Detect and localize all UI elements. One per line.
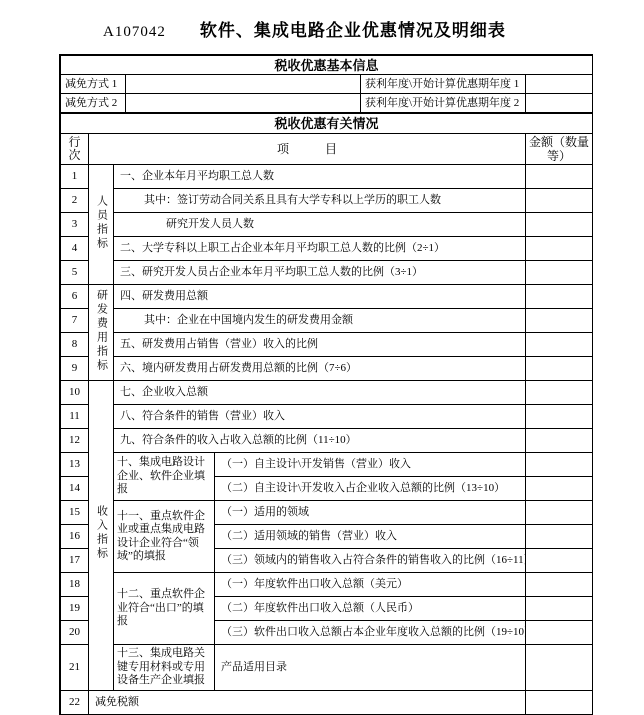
row-number: 7 xyxy=(61,309,89,333)
amount-cell[interactable] xyxy=(526,453,593,477)
item-cell: 产品适用目录 xyxy=(215,645,526,691)
row-number: 15 xyxy=(61,501,89,525)
subgroup-label-key-field: 十一、重点软件企业或重点集成电路设计企业符合“领域”的填报 xyxy=(114,501,215,573)
row-number: 9 xyxy=(61,357,89,381)
table-row: 4 二、大学专科以上职工占企业本年月平均职工总人数的比例（2÷1） xyxy=(61,237,593,261)
profit-year-1-label: 获利年度\开始计算优惠期年度 1 xyxy=(361,75,526,94)
table-row: 7 其中：企业在中国境内发生的研发费用金额 xyxy=(61,309,593,333)
item-cell: 其中：企业在中国境内发生的研发费用金额 xyxy=(114,309,526,333)
group-label-personnel: 人员指标 xyxy=(89,165,114,285)
amount-cell[interactable] xyxy=(526,621,593,645)
table-row: 11 八、符合条件的销售（营业）收入 xyxy=(61,405,593,429)
item-cell: （一）年度软件出口收入总额（美元） xyxy=(215,573,526,597)
amount-cell[interactable] xyxy=(526,549,593,573)
reduction-method-2-label: 减免方式 2 xyxy=(61,94,126,113)
column-header-item: 项 目 xyxy=(89,134,526,165)
row-number: 10 xyxy=(61,381,89,405)
row-number: 22 xyxy=(61,690,89,714)
item-cell: （三）软件出口收入总额占本企业年度收入总额的比例（19÷10） xyxy=(215,621,526,645)
column-header-line-no: 行次 xyxy=(61,134,89,165)
table-row: 6 研发费用指标 四、研发费用总额 xyxy=(61,285,593,309)
item-cell: （二）自主设计\开发收入占企业收入总额的比例（13÷10） xyxy=(215,477,526,501)
row-number: 18 xyxy=(61,573,89,597)
subgroup-label-export: 十二、重点软件企业符合“出口”的填报 xyxy=(114,573,215,645)
item-cell: 六、境内研发费用占研发费用总额的比例（7÷6） xyxy=(114,357,526,381)
profit-year-1-value[interactable] xyxy=(526,75,593,94)
row-number: 20 xyxy=(61,621,89,645)
form-title: 软件、集成电路企业优惠情况及明细表 xyxy=(200,16,506,41)
amount-cell[interactable] xyxy=(526,237,593,261)
form-table-container: 税收优惠基本信息 减免方式 1 获利年度\开始计算优惠期年度 1 减免方式 2 … xyxy=(59,54,593,715)
table-row: 8 五、研发费用占销售（营业）收入的比例 xyxy=(61,333,593,357)
item-cell: （三）领域内的销售收入占符合条件的销售收入的比例（16÷11） xyxy=(215,549,526,573)
row-number: 6 xyxy=(61,285,89,309)
table-row: 15 十一、重点软件企业或重点集成电路设计企业符合“领域”的填报 （一）适用的领… xyxy=(61,501,593,525)
row-number: 13 xyxy=(61,453,89,477)
amount-cell[interactable] xyxy=(526,261,593,285)
item-cell: （二）年度软件出口收入总额（人民币） xyxy=(215,597,526,621)
amount-cell[interactable] xyxy=(526,645,593,691)
profit-year-2-value[interactable] xyxy=(526,94,593,113)
row-number: 21 xyxy=(61,645,89,691)
item-cell: （一）适用的领域 xyxy=(215,501,526,525)
row-number: 14 xyxy=(61,477,89,501)
amount-cell[interactable] xyxy=(526,501,593,525)
section-title-basic-info: 税收优惠基本信息 xyxy=(61,56,593,75)
amount-cell[interactable] xyxy=(526,690,593,714)
item-cell: 减免税额 xyxy=(89,690,526,714)
amount-cell[interactable] xyxy=(526,285,593,309)
item-cell: （一）自主设计\开发销售（营业）收入 xyxy=(215,453,526,477)
table-row: 9 六、境内研发费用占研发费用总额的比例（7÷6） xyxy=(61,357,593,381)
amount-cell[interactable] xyxy=(526,429,593,453)
section-title-details: 税收优惠有关情况 xyxy=(61,114,593,134)
details-table: 税收优惠有关情况 行次 项 目 金额（数量等） 1 人员指标 一、企业本年月平均… xyxy=(60,113,593,715)
table-row: 1 人员指标 一、企业本年月平均职工总人数 xyxy=(61,165,593,189)
table-row: 21 十三、集成电路关键专用材料或专用设备生产企业填报 产品适用目录 xyxy=(61,645,593,691)
row-number: 2 xyxy=(61,189,89,213)
amount-cell[interactable] xyxy=(526,381,593,405)
form-code: A107042 xyxy=(103,24,166,41)
table-row: 3 研究开发人员人数 xyxy=(61,213,593,237)
row-number: 3 xyxy=(61,213,89,237)
amount-cell[interactable] xyxy=(526,309,593,333)
item-cell: 其中：签订劳动合同关系且具有大学专科以上学历的职工人数 xyxy=(114,189,526,213)
row-number: 8 xyxy=(61,333,89,357)
reduction-method-1-value[interactable] xyxy=(126,75,361,94)
amount-cell[interactable] xyxy=(526,597,593,621)
table-row: 22 减免税额 xyxy=(61,690,593,714)
table-row: 5 三、研究开发人员占企业本年月平均职工总人数的比例（3÷1） xyxy=(61,261,593,285)
amount-cell[interactable] xyxy=(526,357,593,381)
row-number: 11 xyxy=(61,405,89,429)
item-cell: 一、企业本年月平均职工总人数 xyxy=(114,165,526,189)
amount-cell[interactable] xyxy=(526,333,593,357)
row-number: 17 xyxy=(61,549,89,573)
row-number: 19 xyxy=(61,597,89,621)
amount-cell[interactable] xyxy=(526,405,593,429)
table-row: 18 十二、重点软件企业符合“出口”的填报 （一）年度软件出口收入总额（美元） xyxy=(61,573,593,597)
item-cell: 四、研发费用总额 xyxy=(114,285,526,309)
item-cell: 九、符合条件的收入占收入总额的比例（11÷10） xyxy=(114,429,526,453)
form-page: A107042 软件、集成电路企业优惠情况及明细表 税收优惠基本信息 减免方式 … xyxy=(0,0,644,715)
row-number: 4 xyxy=(61,237,89,261)
group-label-rnd-expense: 研发费用指标 xyxy=(89,285,114,381)
item-cell: 研究开发人员人数 xyxy=(114,213,526,237)
item-cell: 五、研发费用占销售（营业）收入的比例 xyxy=(114,333,526,357)
amount-cell[interactable] xyxy=(526,477,593,501)
reduction-method-1-label: 减免方式 1 xyxy=(61,75,126,94)
amount-cell[interactable] xyxy=(526,213,593,237)
item-cell: 七、企业收入总额 xyxy=(114,381,526,405)
subgroup-label-ic-materials-equipment: 十三、集成电路关键专用材料或专用设备生产企业填报 xyxy=(114,645,215,691)
group-label-income: 收入指标 xyxy=(89,381,114,691)
basic-info-table: 税收优惠基本信息 减免方式 1 获利年度\开始计算优惠期年度 1 减免方式 2 … xyxy=(60,55,593,113)
amount-cell[interactable] xyxy=(526,525,593,549)
row-number: 5 xyxy=(61,261,89,285)
profit-year-2-label: 获利年度\开始计算优惠期年度 2 xyxy=(361,94,526,113)
column-header-amount: 金额（数量等） xyxy=(526,134,593,165)
form-header: A107042 软件、集成电路企业优惠情况及明细表 xyxy=(0,16,644,41)
item-cell: （二）适用领域的销售（营业）收入 xyxy=(215,525,526,549)
table-row: 10 收入指标 七、企业收入总额 xyxy=(61,381,593,405)
reduction-method-2-value[interactable] xyxy=(126,94,361,113)
item-cell: 八、符合条件的销售（营业）收入 xyxy=(114,405,526,429)
row-number: 12 xyxy=(61,429,89,453)
row-number: 1 xyxy=(61,165,89,189)
item-cell: 二、大学专科以上职工占企业本年月平均职工总人数的比例（2÷1） xyxy=(114,237,526,261)
table-row: 12 九、符合条件的收入占收入总额的比例（11÷10） xyxy=(61,429,593,453)
amount-cell[interactable] xyxy=(526,165,593,189)
table-row: 13 十、集成电路设计企业、软件企业填报 （一）自主设计\开发销售（营业）收入 xyxy=(61,453,593,477)
amount-cell[interactable] xyxy=(526,573,593,597)
amount-cell[interactable] xyxy=(526,189,593,213)
row-number: 16 xyxy=(61,525,89,549)
item-cell: 三、研究开发人员占企业本年月平均职工总人数的比例（3÷1） xyxy=(114,261,526,285)
subgroup-label-ic-design-software: 十、集成电路设计企业、软件企业填报 xyxy=(114,453,215,501)
table-row: 2 其中：签订劳动合同关系且具有大学专科以上学历的职工人数 xyxy=(61,189,593,213)
